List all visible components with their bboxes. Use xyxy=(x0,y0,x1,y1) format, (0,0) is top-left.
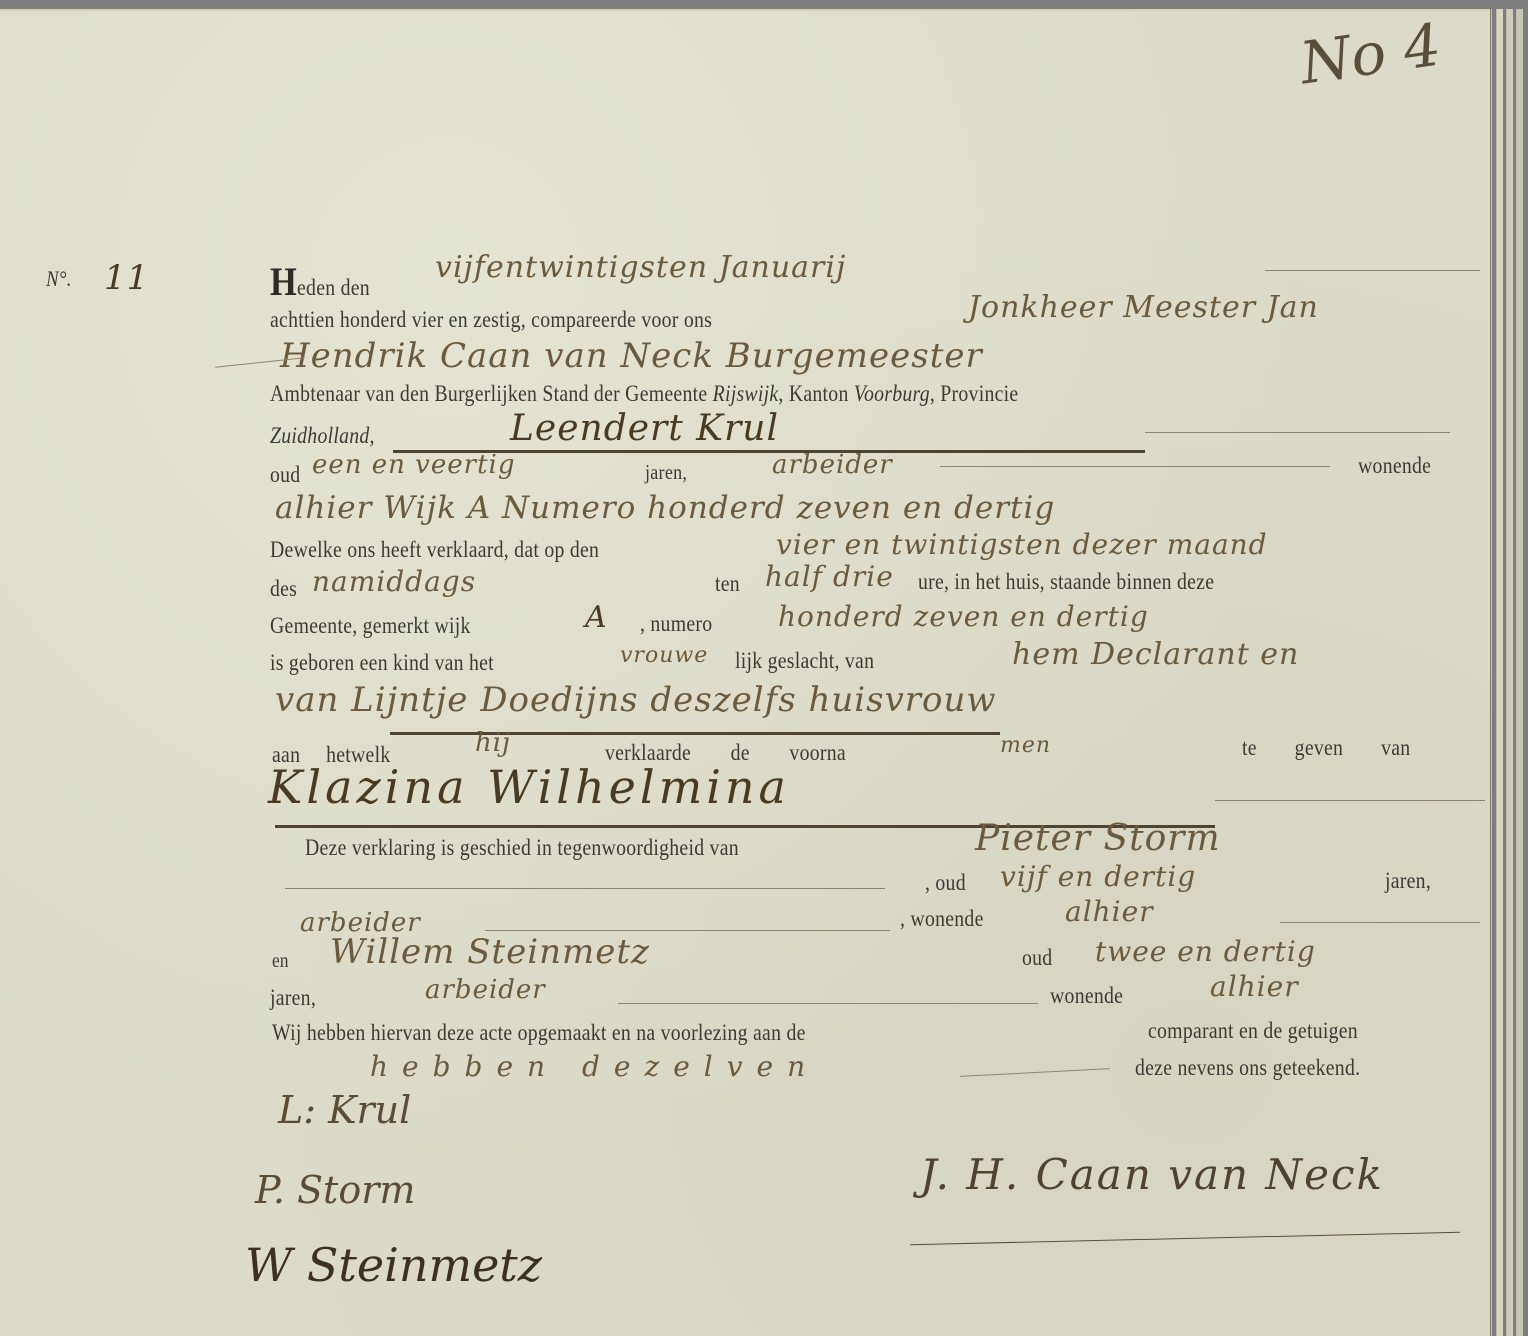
line-21: deze nevens ons geteekend. xyxy=(1135,1055,1360,1081)
handwritten-witness2-age: twee en dertig xyxy=(1095,935,1316,968)
fill-line xyxy=(618,1003,1038,1004)
act-number-label: N°. xyxy=(46,266,72,292)
provincie: Zuidholland, xyxy=(270,423,375,449)
handwritten-birth-numero: honderd zeven en dertig xyxy=(778,600,1149,633)
page-edge xyxy=(1516,9,1523,1336)
line-9-rest: ure, in het huis, staande binnen deze xyxy=(918,569,1214,595)
line-20-b: comparant en de getuigen xyxy=(1148,1018,1358,1044)
line-20-a: Wij hebben hiervan deze acte opgemaakt e… xyxy=(272,1020,806,1046)
printed-text: , Provincie xyxy=(930,381,1019,406)
page-edge xyxy=(1496,9,1503,1336)
printed-text: Ambtenaar van den Burgerlijken Stand der… xyxy=(270,381,707,406)
line-19-jaren: jaren, xyxy=(270,985,316,1011)
line-16-oud: , oud xyxy=(925,870,966,896)
handwritten-witness2-residence: alhier xyxy=(1210,970,1299,1003)
handwritten-voornamen-suffix: men xyxy=(1000,733,1051,758)
line-6-jaren: jaren, xyxy=(645,460,687,485)
act-number: 11 xyxy=(104,258,149,298)
handwritten-witness2-name: Willem Steinmetz xyxy=(330,932,650,972)
fill-line xyxy=(285,888,885,889)
handwritten-parents-2: van Lijntje Doedijns deszelfs huisvrouw xyxy=(275,680,997,720)
line-19-wonende: wonende xyxy=(1050,983,1123,1009)
line-18-en: en xyxy=(272,950,289,973)
fill-line xyxy=(1145,432,1450,433)
handwritten-witness1-name: Pieter Storm xyxy=(975,818,1221,859)
page-edge xyxy=(1506,9,1513,1336)
handwritten-declarant-occupation: arbeider xyxy=(772,450,893,480)
handwritten-birth-date: vier en twintigsten dezer maand xyxy=(776,528,1268,561)
line-1: Heden den xyxy=(270,258,370,305)
handwritten-time-of-day: namiddags xyxy=(312,565,476,598)
line-13-c: te geven van xyxy=(1242,735,1410,761)
handwritten-declared-by: hij xyxy=(475,728,511,758)
handwritten-official-1: Jonkheer Meester Jan xyxy=(968,290,1319,325)
handwritten-witness1-age: vijf en dertig xyxy=(1000,860,1196,893)
handwritten-witness1-residence: alhier xyxy=(1065,895,1154,928)
handwritten-declarant-age: een en veertig xyxy=(312,450,515,480)
handwritten-witness2-occupation: arbeider xyxy=(425,975,546,1005)
printed-text: eden den xyxy=(297,275,370,300)
line-15: Deze verklaring is geschied in tegenwoor… xyxy=(305,835,739,861)
signature-official: J. H. Caan van Neck xyxy=(920,1150,1384,1199)
drop-cap: H xyxy=(270,259,297,304)
signature-witness2: W Steinmetz xyxy=(245,1238,542,1292)
fill-line xyxy=(485,930,890,931)
handwritten-official-2: Hendrik Caan van Neck Burgemeester xyxy=(280,336,983,376)
fill-line xyxy=(1215,800,1485,801)
handwritten-declarant: Leendert Krul xyxy=(510,408,779,449)
provincie-name: Zuidholland xyxy=(270,423,370,448)
fill-line xyxy=(1280,922,1480,923)
handwritten-birth-hour: half drie xyxy=(765,560,894,593)
line-2: achttien honderd vier en zestig, compare… xyxy=(270,307,712,333)
line-11-b: lijk geslacht, van xyxy=(735,648,874,674)
line-8: Dewelke ons heeft verklaard, dat op den xyxy=(270,537,599,563)
line-4: Ambtenaar van den Burgerlijken Stand der… xyxy=(270,381,1018,407)
kanton: Voorburg xyxy=(854,381,930,406)
page-margin-rule xyxy=(1491,9,1492,1336)
handwritten-birth-wijk: A xyxy=(585,600,608,635)
line-9-des: des xyxy=(270,576,297,602)
line-10-a: Gemeente, gemerkt wijk xyxy=(270,613,471,639)
line-11-a: is geboren een kind van het xyxy=(270,650,494,676)
line-16-jaren: jaren, xyxy=(1385,868,1431,894)
gemeente: Rijswijk xyxy=(713,381,779,406)
line-6-wonende: wonende xyxy=(1358,453,1431,479)
signature-witness1: P. Storm xyxy=(255,1168,415,1212)
line-18-oud: oud xyxy=(1022,945,1052,971)
line-17-wonende: , wonende xyxy=(900,906,984,932)
printed-text: , Kanton xyxy=(778,381,848,406)
signature-declarant: L: Krul xyxy=(278,1088,411,1132)
handwritten-child-name: Klazina Wilhelmina xyxy=(268,760,790,814)
fill-line xyxy=(940,466,1330,467)
handwritten-child-sex: vrouwe xyxy=(620,643,708,668)
handwritten-signed-clause: hebben dezelven xyxy=(370,1050,819,1083)
line-9-ten: ten xyxy=(715,571,740,597)
handwritten-date: vijfentwintigsten Januarij xyxy=(435,250,846,285)
line-6-oud: oud xyxy=(270,462,300,488)
fill-line xyxy=(1265,270,1480,271)
line-10-b: , numero xyxy=(640,611,712,637)
handwritten-declarant-residence: alhier Wijk A Numero honderd zeven en de… xyxy=(275,490,1055,526)
handwritten-parents-1: hem Declarant en xyxy=(1012,637,1299,672)
